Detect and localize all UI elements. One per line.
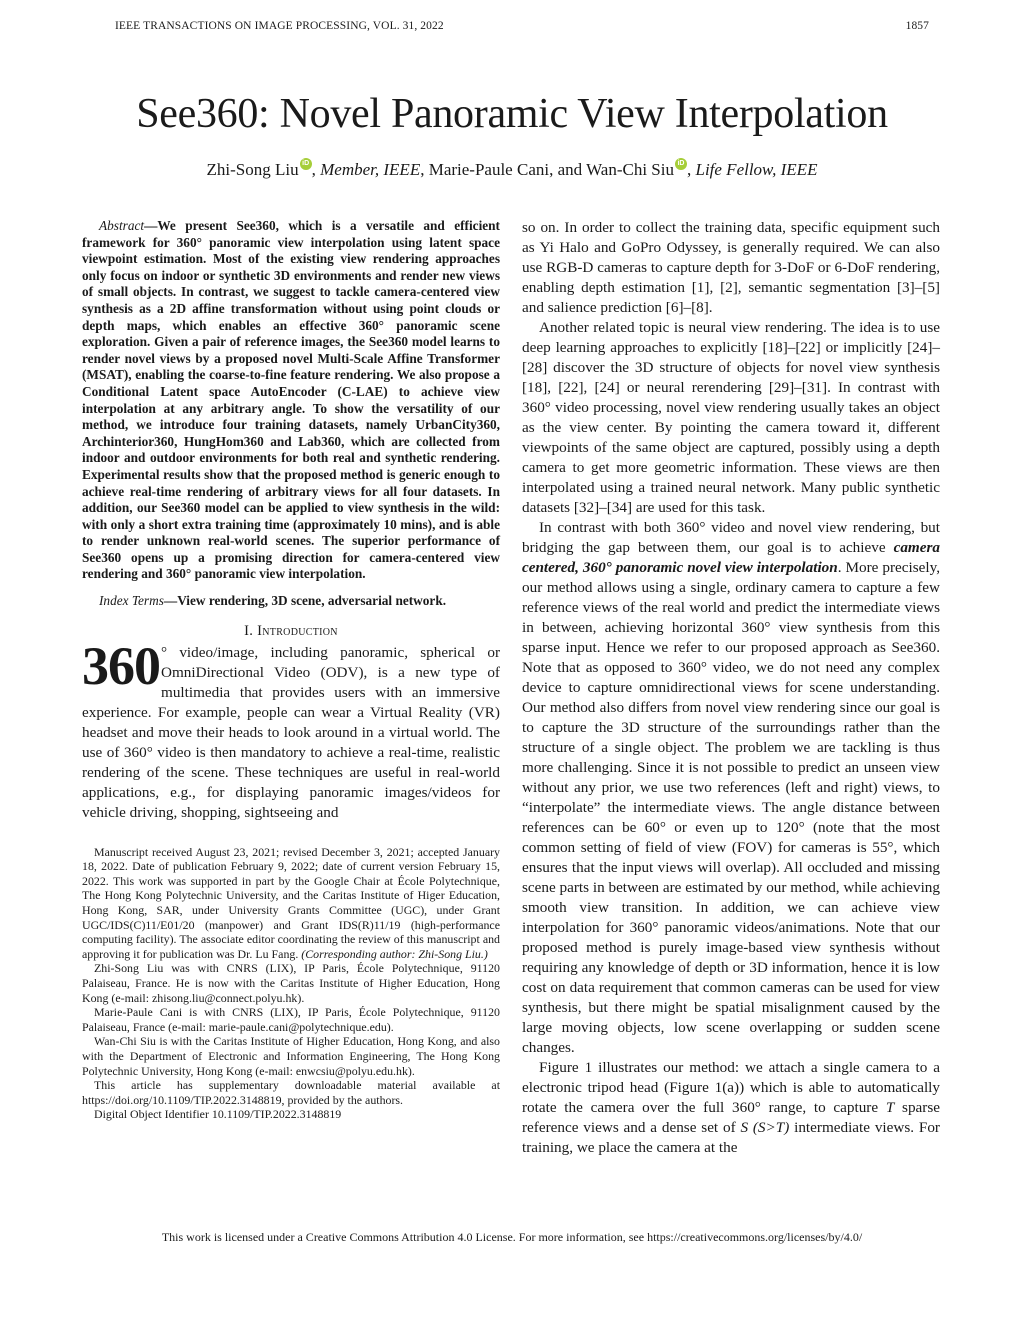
author-name: Marie-Paule Cani — [429, 160, 549, 179]
author-membership: Member, IEEE — [320, 160, 420, 179]
footnotes: Manuscript received August 23, 2021; rev… — [82, 845, 500, 1122]
author-name: Wan-Chi Siu — [586, 160, 674, 179]
left-column: Abstract—We present See360, which is a v… — [82, 218, 500, 1122]
body-paragraph: In contrast with both 360° video and nov… — [522, 518, 940, 1058]
journal-name: IEEE TRANSACTIONS ON IMAGE PROCESSING, V… — [115, 20, 444, 32]
abstract-text: We present See360, which is a versatile … — [82, 218, 500, 581]
author-membership: Life Fellow, IEEE — [695, 160, 817, 179]
author-line: Zhi-Song LiuiD, Member, IEEE, Marie-Paul… — [0, 160, 1024, 180]
orcid-icon[interactable]: iD — [300, 158, 312, 170]
index-terms-text: View rendering, 3D scene, adversarial ne… — [177, 593, 446, 608]
body-paragraph: Another related topic is neural view ren… — [522, 318, 940, 518]
drop-cap: 360 — [82, 645, 160, 687]
footnote-author-3: Wan-Chi Siu is with the Caritas Institut… — [82, 1034, 500, 1078]
body-paragraph: Figure 1 illustrates our method: we atta… — [522, 1058, 940, 1158]
paper-title: See360: Novel Panoramic View Interpolati… — [0, 90, 1024, 138]
intro-paragraph: 360° video/image, including panoramic, s… — [82, 643, 500, 823]
orcid-icon[interactable]: iD — [675, 158, 687, 170]
page-number: 1857 — [906, 20, 929, 32]
body-paragraph: so on. In order to collect the training … — [522, 218, 940, 318]
footnote-doi: Digital Object Identifier 10.1109/TIP.20… — [82, 1107, 500, 1122]
author-name: Zhi-Song Liu — [207, 160, 299, 179]
footnote-supplementary: This article has supplementary downloada… — [82, 1078, 500, 1107]
license-notice: This work is licensed under a Creative C… — [0, 1230, 1024, 1245]
abstract-label: Abstract — [99, 218, 144, 233]
index-terms-label: Index Terms — [99, 593, 164, 608]
index-terms: Index Terms—View rendering, 3D scene, ad… — [82, 593, 500, 610]
footnote-author-1: Zhi-Song Liu was with CNRS (LIX), IP Par… — [82, 961, 500, 1005]
abstract: Abstract—We present See360, which is a v… — [82, 218, 500, 583]
right-column: so on. In order to collect the training … — [522, 218, 940, 1158]
footnote-author-2: Marie-Paule Cani is with CNRS (LIX), IP … — [82, 1005, 500, 1034]
footnote-manuscript: Manuscript received August 23, 2021; rev… — [82, 845, 500, 962]
